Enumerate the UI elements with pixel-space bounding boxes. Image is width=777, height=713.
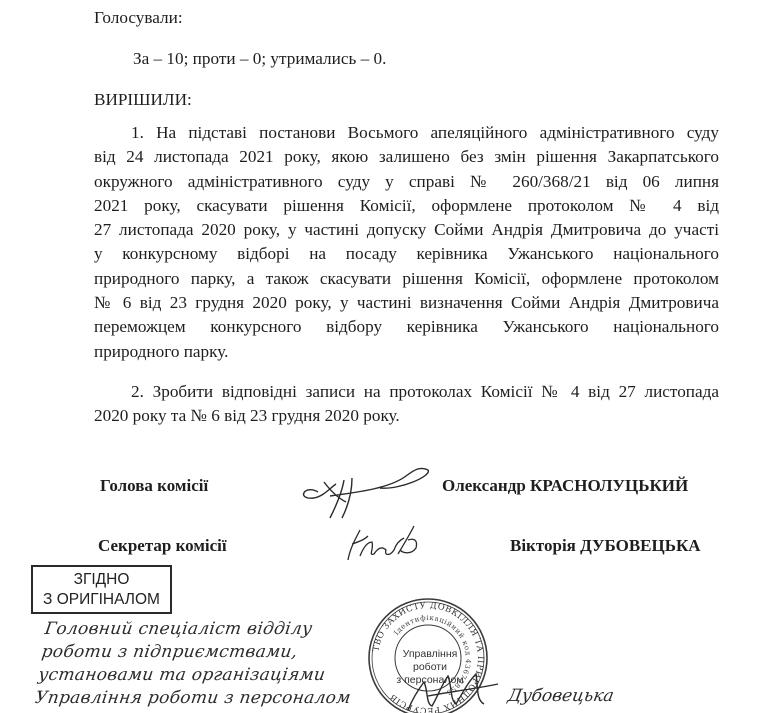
decision-line: 27 листопада 2020 року, у частині допуск… [94,218,719,242]
handwritten-name: Дубовецька [506,686,615,706]
handwritten-line: Управління роботи з персоналом [34,687,353,710]
voting-label: Голосували: [94,6,183,30]
chairman-signature-icon [290,462,440,522]
decision-line: 1. На підставі постанови Восьмого апеляц… [94,121,719,145]
handwritten-line: установами та організаціями [37,664,356,687]
decision-line: № 6 від 23 грудня 2020 року, у частині в… [94,291,719,315]
decision-line: природного парку, а також скасувати ріше… [94,267,719,291]
document-page: Голосували: За – 10; проти – 0; утримали… [0,0,777,713]
decision-line: природного парку. [94,340,719,364]
certifier-signature-icon [398,660,508,713]
decision-heading: ВИРІШИЛИ: [94,88,192,112]
decision-line: 2. Зробити відповідні записи на протокол… [94,380,719,404]
handwritten-certification: Головний спеціаліст відділу роботи з під… [34,618,362,710]
handwritten-line: Головний спеціаліст відділу [43,618,362,641]
decision-line: 2020 року та № 6 від 23 грудня 2020 року… [94,404,719,428]
decision-line: окружного адміністративного суду у справ… [94,170,719,194]
chairman-role: Голова комісії [100,476,208,496]
decision-item-1: 1. На підставі постанови Восьмого апеляц… [94,121,719,364]
decision-line: переможцем конкурсного відбору керівника… [94,315,719,339]
stamp-line: З ОРИГІНАЛОМ [33,590,170,610]
decision-line: 2021 року, скасувати рішення Комісії, оф… [94,194,719,218]
chairman-name: Олександр КРАСНОЛУЦЬКИЙ [442,476,688,496]
certified-copy-stamp: ЗГІДНО З ОРИГІНАЛОМ [31,565,172,614]
voting-result: За – 10; проти – 0; утримались – 0. [133,47,386,71]
decision-item-2: 2. Зробити відповідні записи на протокол… [94,380,719,429]
decision-line: від 24 листопада 2021 року, якою залишен… [94,145,719,169]
handwritten-line: роботи з підприємствами, [40,641,359,664]
stamp-line: ЗГІДНО [33,570,170,590]
secretary-signature-icon [338,520,428,568]
decision-line: у конкурсному відборі на посаду керівник… [94,242,719,266]
secretary-name: Вікторія ДУБОВЕЦЬКА [510,536,701,556]
secretary-role: Секретар комісії [98,536,227,556]
